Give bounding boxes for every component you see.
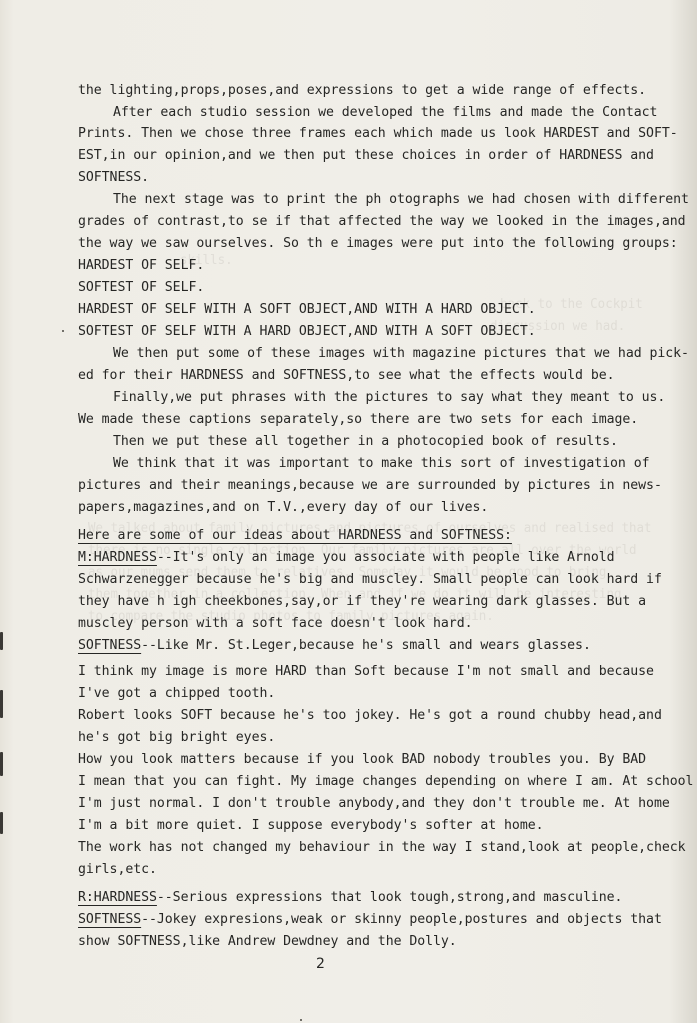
group-item: HARDEST OF SELF WITH A SOFT OBJECT,AND W… xyxy=(78,299,668,321)
text-line: papers,magazines,and on T.V.,every day o… xyxy=(78,497,668,519)
text-line: the way we saw ourselves. So th e images… xyxy=(78,233,668,255)
text-line: ed for their HARDNESS and SOFTNESS,to se… xyxy=(78,365,668,387)
text-line: pictures and their meanings,because we a… xyxy=(78,475,668,497)
document-page: skills. back to the Cockpit discussion w… xyxy=(0,0,697,1023)
text-line: The work has not changed my behaviour in… xyxy=(78,837,668,859)
text-line: Robert looks SOFT because he's too jokey… xyxy=(78,705,668,727)
text-line: We think that it was important to make t… xyxy=(78,453,668,475)
stray-mark xyxy=(62,330,64,332)
group-item: SOFTEST OF SELF. xyxy=(78,277,668,299)
text-fragment: --Jokey expresions,weak or skinny people… xyxy=(141,912,662,927)
m-comments: I think my image is more HARD than Soft … xyxy=(78,661,668,881)
document-body: the lighting,props,poses,and expressions… xyxy=(78,80,668,953)
text-line: muscley person with a soft face doesn't … xyxy=(78,613,668,635)
text-fragment: --Serious expressions that look tough,st… xyxy=(157,890,622,905)
r-softness-line: SOFTNESS--Jokey expresions,weak or skinn… xyxy=(78,909,668,931)
text-line: the lighting,props,poses,and expressions… xyxy=(78,80,668,102)
paragraph-importance: We think that it was important to make t… xyxy=(78,453,668,519)
m-softness-line: SOFTNESS--Like Mr. St.Leger,because he's… xyxy=(78,635,668,657)
ideas-heading-text: Here are some of our ideas about HARDNES… xyxy=(78,528,512,543)
paragraph-intro-continued: the lighting,props,poses,and expressions… xyxy=(78,80,668,102)
ideas-heading: Here are some of our ideas about HARDNES… xyxy=(78,525,668,547)
text-line: After each studio session we developed t… xyxy=(78,102,668,123)
text-line: I've got a chipped tooth. xyxy=(78,683,668,705)
text-line: The next stage was to print the ph otogr… xyxy=(78,189,668,211)
binding-mark xyxy=(0,632,3,650)
binding-mark xyxy=(0,690,3,718)
ideas-section: Here are some of our ideas about HARDNES… xyxy=(78,525,668,547)
r-section: R:HARDNESS--Serious expressions that loo… xyxy=(78,887,668,953)
text-line: I think my image is more HARD than Soft … xyxy=(78,661,668,683)
text-line: show SOFTNESS,like Andrew Dewdney and th… xyxy=(78,931,668,953)
m-hardness-label: M:HARDNESS xyxy=(78,550,157,565)
text-line: Then we put these all together in a phot… xyxy=(78,431,668,453)
text-fragment: --Like Mr. St.Leger,because he's small a… xyxy=(141,638,591,653)
text-line: EST,in our opinion,and we then put these… xyxy=(78,145,668,167)
r-softness-label: SOFTNESS xyxy=(78,912,141,927)
paragraph-magazine-pictures: We then put some of these images with ma… xyxy=(78,343,668,387)
binding-mark xyxy=(0,752,3,776)
r-hardness-label: R:HARDNESS xyxy=(78,890,157,905)
text-line: I mean that you can fight. My image chan… xyxy=(78,771,668,793)
m-hardness-line: M:HARDNESS--It's only an image you assoc… xyxy=(78,547,668,569)
text-line: he's got big bright eyes. xyxy=(78,727,668,749)
group-list: HARDEST OF SELF. SOFTEST OF SELF. HARDES… xyxy=(78,255,668,343)
stray-mark xyxy=(300,1019,302,1021)
text-line: I'm just normal. I don't trouble anybody… xyxy=(78,793,668,815)
group-item: SOFTEST OF SELF WITH A HARD OBJECT,AND W… xyxy=(78,321,668,343)
text-line: We then put some of these images with ma… xyxy=(78,343,668,365)
binding-mark xyxy=(0,812,3,834)
paragraph-photocopied-book: Then we put these all together in a phot… xyxy=(78,431,668,453)
text-line: they have h igh cheekbones,say,or if the… xyxy=(78,591,668,613)
text-line: grades of contrast,to se if that affecte… xyxy=(78,211,668,233)
m-section: M:HARDNESS--It's only an image you assoc… xyxy=(78,547,668,657)
text-fragment: --It's only an image you associate with … xyxy=(157,550,615,565)
m-softness-label: SOFTNESS xyxy=(78,638,141,653)
r-hardness-line: R:HARDNESS--Serious expressions that loo… xyxy=(78,887,668,909)
page-number: 2 xyxy=(316,956,325,972)
text-line: girls,etc. xyxy=(78,859,668,881)
group-item: HARDEST OF SELF. xyxy=(78,255,668,277)
text-line: I'm a bit more quiet. I suppose everybod… xyxy=(78,815,668,837)
text-line: Finally,we put phrases with the pictures… xyxy=(78,387,668,409)
text-line: Schwarzenegger because he's big and musc… xyxy=(78,569,668,591)
text-line: We made these captions separately,so the… xyxy=(78,409,668,431)
paragraph-printing-contrast: The next stage was to print the ph otogr… xyxy=(78,189,668,255)
paragraph-captions: Finally,we put phrases with the pictures… xyxy=(78,387,668,431)
text-line: Prints. Then we chose three frames each … xyxy=(78,123,668,145)
text-line: SOFTNESS. xyxy=(78,167,668,189)
text-line: How you look matters because if you look… xyxy=(78,749,668,771)
paragraph-contact-prints: After each studio session we developed t… xyxy=(78,102,668,189)
binding-edge xyxy=(0,0,4,1023)
